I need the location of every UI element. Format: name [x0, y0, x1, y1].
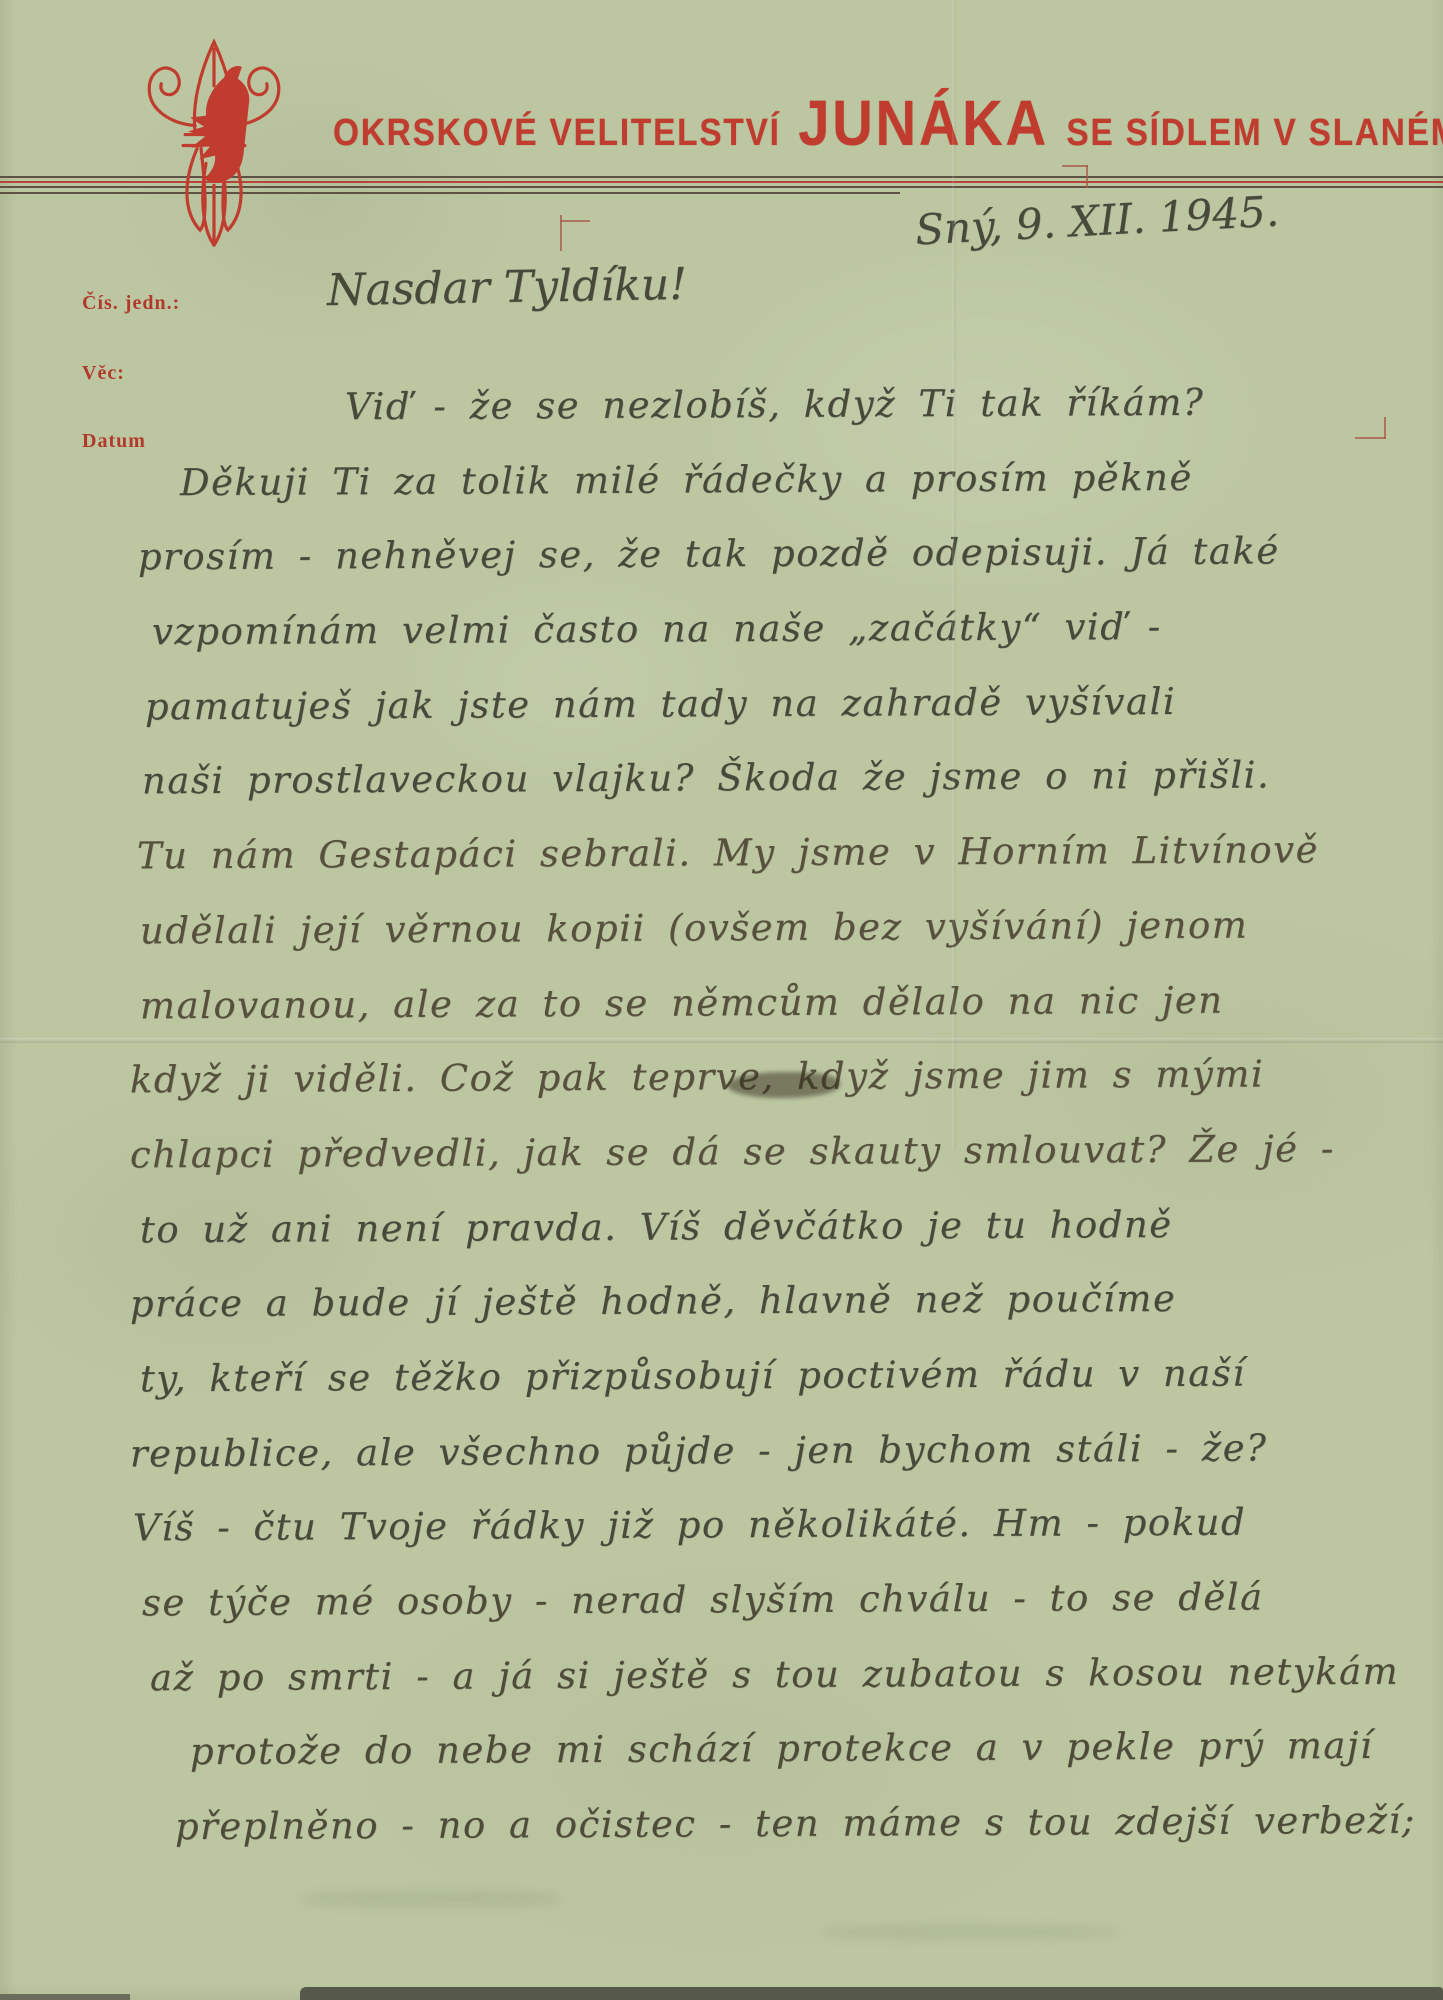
fold-crease-vertical	[952, 0, 956, 1150]
letter-line: vzpomínám velmi často na naše „začátky“ …	[130, 604, 1430, 685]
letter-line: udělali její věrnou kopii (ovšem bez vyš…	[130, 902, 1430, 983]
letter-line: pamatuješ jak jste nám tady na zahradě v…	[130, 678, 1430, 759]
letterhead-text-before: OKRSKOVÉ VELITELSTVÍ	[333, 112, 781, 155]
letter-line: se týče mé osoby - nerad slyším chválu -…	[130, 1575, 1430, 1656]
letter-line: to už ani není pravda. Víš děvčátko je t…	[130, 1201, 1430, 1282]
letter-body: Viď - že se nezlobíš, když Ti tak říkám?…	[130, 383, 1430, 1877]
letterhead-org-name: JUNÁKA	[798, 86, 1049, 160]
ink-bleedthrough	[300, 1890, 560, 1908]
ink-smudge	[728, 1072, 840, 1098]
label-subject: Věc:	[82, 362, 125, 385]
fold-crease-horizontal	[0, 1038, 1443, 1043]
letter-line: přeplněno - no a očistec - ten máme s to…	[130, 1799, 1430, 1880]
letter-line: práce a bude jí ještě hodně, hlavně než …	[130, 1276, 1430, 1357]
letter-line: republice, ale všechno půjde - jen bycho…	[130, 1425, 1430, 1506]
scan-edge-shadow	[0, 1994, 130, 2000]
letter-line: prosím - nehněvej se, že tak pozdě odepi…	[130, 529, 1430, 610]
letterhead-title: OKRSKOVÉ VELITELSTVÍ JUNÁKA SE SÍDLEM V …	[333, 86, 1389, 166]
letter-line: malovanou, ale za to se němcům dělalo na…	[130, 977, 1430, 1058]
corner-mark	[560, 220, 590, 222]
label-ref-number: Čís. jedn.:	[82, 292, 180, 315]
scout-lily-wolf-logo-icon	[138, 36, 290, 250]
letter-line: ty, kteří se těžko přizpůsobují poctivém…	[130, 1351, 1430, 1432]
letter-line: protože do nebe mi schází protekce a v p…	[130, 1724, 1430, 1805]
corner-mark	[1086, 165, 1088, 188]
letter-line: Viď - že se nezlobíš, když Ti tak říkám?	[130, 380, 1430, 461]
handwritten-greeting: Nasdar Tyldíku!	[327, 259, 688, 316]
letterhead-text-after: SE SÍDLEM V SLANÉM	[1066, 112, 1443, 155]
scan-edge-shadow	[300, 1987, 1443, 2000]
letter-scan-page: OKRSKOVÉ VELITELSTVÍ JUNÁKA SE SÍDLEM V …	[0, 0, 1443, 2000]
letterhead-rule-line	[0, 192, 900, 194]
letter-line: chlapci předvedli, jak se dá se skauty s…	[130, 1126, 1430, 1207]
corner-mark	[1062, 165, 1088, 167]
letter-line: naši prostlaveckou vlajku? Škoda že jsme…	[130, 753, 1430, 834]
letter-line: až po smrti - a já si ještě s tou zubato…	[130, 1649, 1430, 1730]
ink-bleedthrough	[820, 1925, 1120, 1939]
letter-line: Víš - čtu Tvoje řádky již po několikáté.…	[130, 1500, 1430, 1581]
handwritten-dateline: Sný, 9. XII. 1945.	[914, 187, 1280, 255]
letter-line: Děkuji Ti za tolik milé řádečky a prosím…	[130, 454, 1430, 535]
letter-line: Tu nám Gestapáci sebrali. My jsme v Horn…	[130, 828, 1430, 909]
